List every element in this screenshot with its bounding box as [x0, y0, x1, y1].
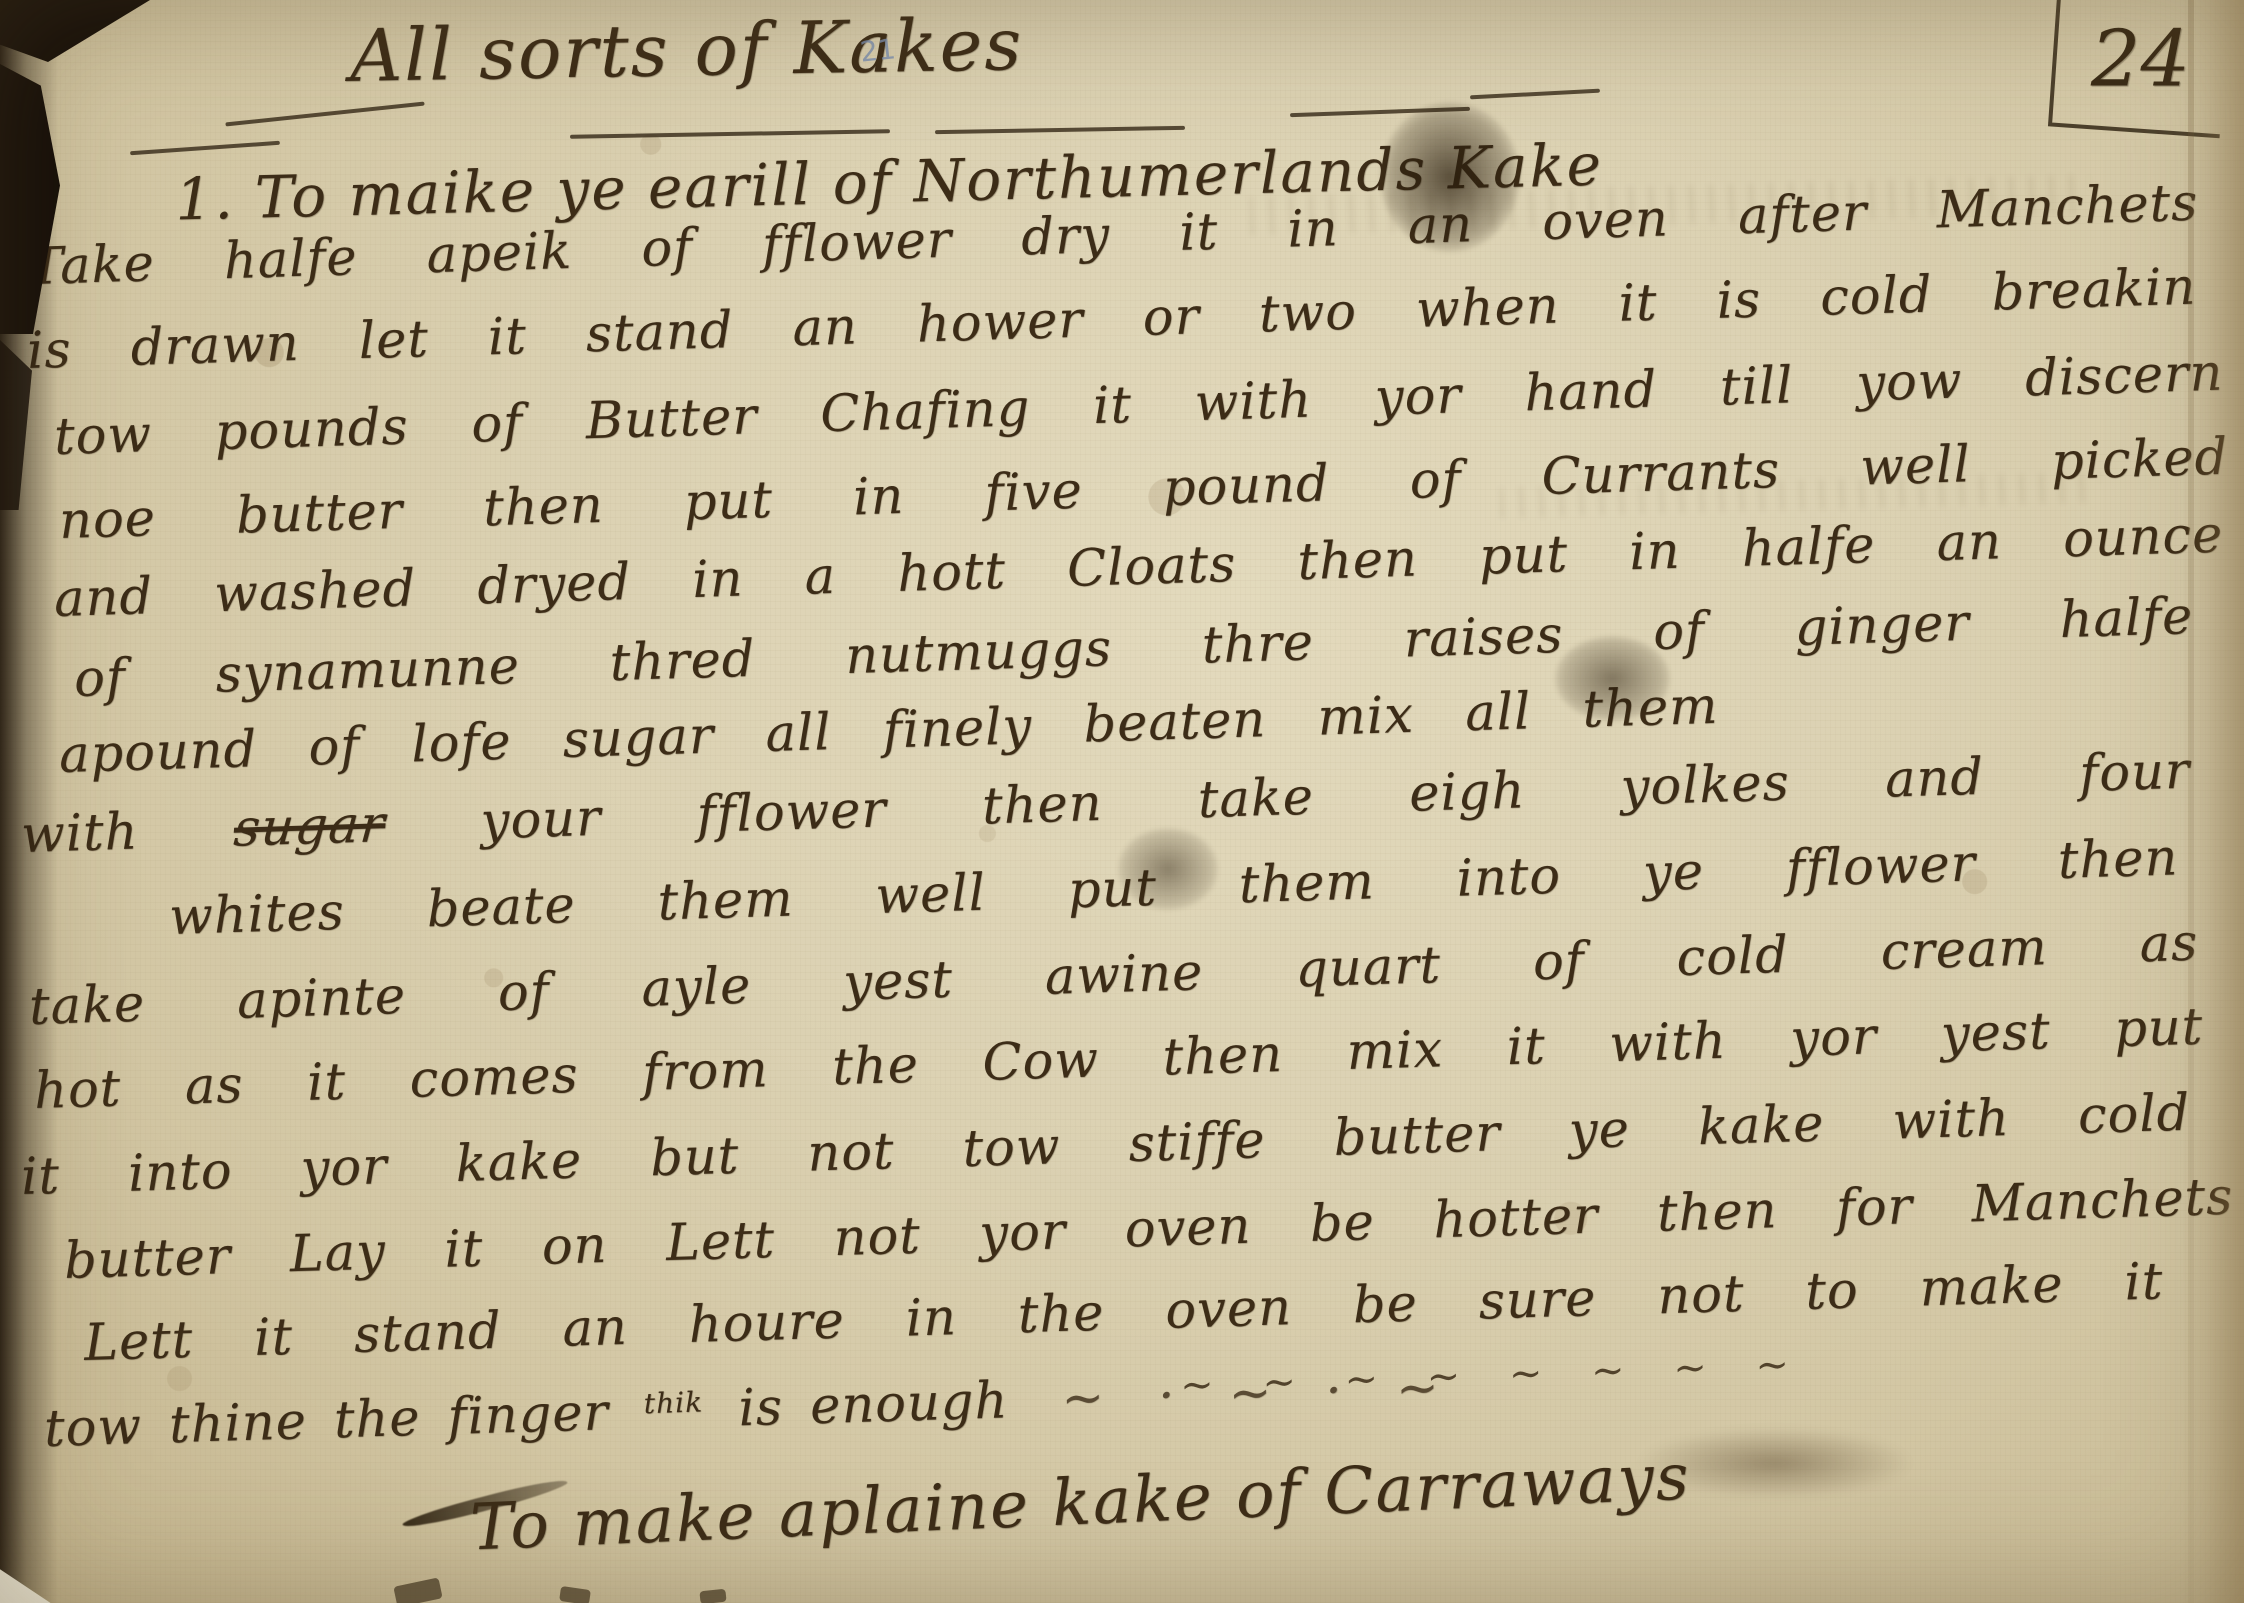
manuscript-page: All sorts of Kakes 21 1. To maike ye ear…: [0, 0, 2244, 1603]
title-underline-flourish: [1470, 89, 1600, 100]
body-word: tow thine the finger: [43, 1383, 609, 1459]
title-underline-flourish: [225, 102, 424, 127]
pencil-folio-number: 21: [858, 32, 897, 69]
cut-off-writing: [699, 1589, 726, 1603]
paper-crease: [2188, 0, 2194, 1603]
struck-word: sugar: [232, 795, 388, 859]
cut-off-writing: [393, 1577, 442, 1603]
title-underline-flourish: [130, 141, 280, 155]
page-title: All sorts of Kakes: [349, 2, 1024, 98]
inserted-word: thik: [643, 1385, 703, 1420]
body-word: is enough: [738, 1371, 1009, 1438]
dark-corner: [0, 0, 150, 62]
next-recipe-heading: To make aplaine kake of Carraways: [469, 1440, 1692, 1565]
pen-flourish-row: ~ ~ ~ ~ ~ ~ ~ ~: [1179, 1341, 1807, 1409]
title-underline-flourish: [935, 126, 1185, 134]
title-underline-flourish: [1290, 107, 1470, 117]
cut-off-writing: [559, 1586, 591, 1603]
title-underline-flourish: [570, 129, 890, 139]
page-number: 24: [2091, 15, 2190, 105]
